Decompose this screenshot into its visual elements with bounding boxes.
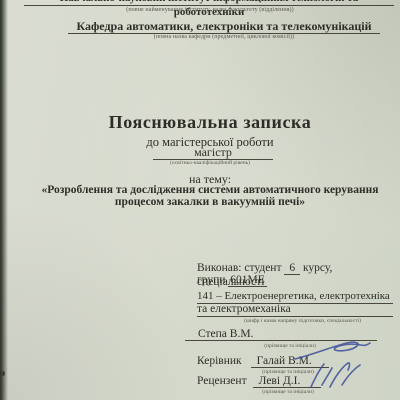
reviewer-label: Рецензент	[197, 375, 247, 387]
document-title: Пояснювальна записка	[20, 112, 400, 133]
supervisor-signature	[293, 339, 373, 363]
degree-caption: (освітньо-кваліфікаційний рівень)	[20, 160, 400, 166]
topic-line-1: «Розроблення та дослідження системи авто…	[20, 184, 400, 196]
department-caption: (повна назва кафедри (предметної, циклов…	[68, 34, 380, 40]
document-photo: Навчально-науковий інститут інформаційни…	[0, 0, 400, 400]
institute-caption: (повне найменування інституту, назва фак…	[20, 7, 400, 13]
specialty-caption: (шифр і назва напряму підготовки, спеціа…	[212, 318, 393, 324]
department-line: Кафедра автоматики, електроніки та телек…	[68, 19, 380, 34]
topic-line-2: процесом закалки в вакуумній печі»	[20, 196, 400, 208]
specialty-line-1: 141 – Електроенергетика, електротехніка	[197, 290, 393, 304]
specialty-line-2: та електромеханіка	[197, 303, 393, 317]
specialty-intro: спеціальності	[197, 276, 264, 288]
supervisor-label: Керівник	[197, 355, 242, 367]
degree-level: магістр	[153, 146, 273, 160]
institute-line: Навчально-науковий інститут інформаційни…	[24, 0, 394, 6]
photo-speck	[1, 371, 5, 376]
photo-left-edge-shadow	[0, 0, 8, 400]
course-value: 6	[284, 262, 300, 275]
performer-prefix: Виконав: студент	[197, 262, 281, 274]
reviewer-signature	[303, 361, 365, 391]
